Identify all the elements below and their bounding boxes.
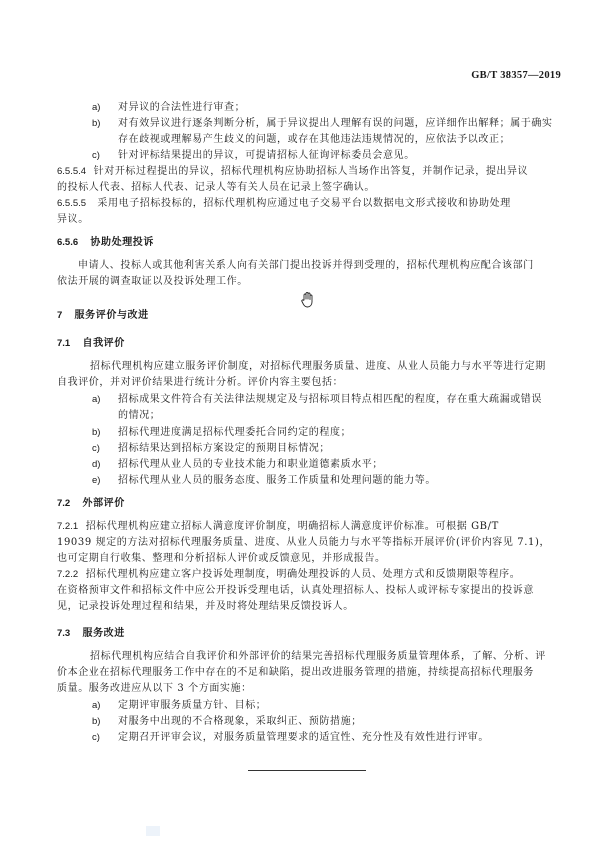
list-item-a: a)对异议的合法性进行审查； — [92, 101, 245, 115]
clause-6-5-5-4: 6.5.5.4 针对开标过程提出的异议，招标代理机构应协助招标人当场作出答复，并… — [57, 165, 528, 179]
paragraph-improvement-cont1: 价本企业在招标代理服务工作中存在的不足和缺陷，提出改进服务管理的措施，持续提高招… — [57, 666, 534, 680]
faint-watermark — [146, 826, 160, 836]
paragraph-improvement: 招标代理机构应结合自我评价和外部评价的结果完善招标代理服务质量管理体系，了解、分… — [90, 650, 546, 664]
heading-6-5-6: 6.5.6 协助处理投诉 — [57, 236, 154, 250]
clause-7-2-1-cont2: 也可定期自行收集、整理和分析招标人评价或反馈意见，并形成报告。 — [57, 552, 386, 566]
heading-7-2: 7.2 外部评价 — [57, 497, 125, 511]
list-item-c: c)招标结果达到招标方案设定的预期目标情况； — [92, 442, 330, 456]
list-item-e: e)招标代理从业人员的服务态度、服务工作质量和处理问题的能力等。 — [92, 474, 436, 488]
list-item-d: d)招标代理从业人员的专业技术能力和职业道德素质水平； — [92, 458, 383, 472]
list-item-b: b)对服务中出现的不合格现象，采取纠正、预防措施； — [92, 715, 362, 729]
clause-6-5-5-4-cont: 的投标人代表、招标人代表、记录人等有关人员在记录上签字确认。 — [57, 181, 375, 195]
end-rule — [248, 770, 366, 771]
paragraph-improvement-cont2: 质量。服务改进应从以下 3 个方面实施： — [57, 682, 252, 696]
document-page: GB/T 38357—2019 a)对异议的合法性进行审查； b)对有效异议进行… — [0, 0, 605, 861]
clause-7-2-1-cont1: 19039 规定的方法对招标代理服务质量、进度、从业人员能力与水平等指标开展评价… — [57, 536, 550, 550]
paragraph-self-eval: 招标代理机构应建立服务评价制度，对招标代理服务质量、进度、从业人员能力与水平等进… — [90, 360, 546, 374]
list-item-c: c)针对评标结果提出的异议，可提请招标人征询评标委员会意见。 — [92, 149, 415, 163]
paragraph-self-eval-cont: 自我评价，并对评价结果进行统计分析。评价内容主要包括： — [57, 376, 343, 390]
list-item-a: a)定期评审服务质量方针、目标； — [92, 699, 266, 713]
paragraph-complaint-cont: 依法开展的调查取证以及投诉处理工作。 — [57, 275, 248, 289]
list-item-b: b)对有效异议进行逐条判断分析，属于异议提出人理解有误的问题，应详细作出解释；属… — [92, 117, 553, 131]
clause-7-2-1: 7.2.1 招标代理机构应建立招标人满意度评价制度，明确招标人满意度评价标准。可… — [57, 520, 499, 534]
hand-cursor-icon — [300, 291, 316, 309]
standard-number-header: GB/T 38357—2019 — [471, 70, 561, 81]
list-item-a-cont: 的情况； — [118, 409, 160, 423]
heading-7: 7 服务评价与改进 — [57, 309, 149, 323]
list-item-a: a)招标成果文件符合有关法律法规规定及与招标项目特点相匹配的程度，存在重大疏漏或… — [92, 393, 542, 407]
list-item-c: c)定期召开评审会议，对服务质量管理要求的适宜性、充分性及有效性进行评审。 — [92, 731, 489, 745]
list-item-b: b)招标代理进度满足招标代理委托合同约定的程度； — [92, 426, 351, 440]
clause-6-5-5-5: 6.5.5.5 采用电子招标投标的，招标代理机构应通过电子交易平台以数据电文形式… — [57, 197, 511, 211]
heading-7-1: 7.1 自我评价 — [57, 337, 125, 351]
clause-7-2-2-cont2: 见，记录投诉处理过程和结果，并及时将处理结果反馈投诉人。 — [57, 600, 354, 614]
list-item-b-cont: 存在歧视或理解易产生歧义的问题，或存在其他违法违规情况的，应依法予以改正； — [118, 133, 510, 147]
clause-6-5-5-5-cont: 异议。 — [57, 213, 89, 227]
clause-7-2-2: 7.2.2 招标代理机构应建立客户投诉处理制度，明确处理投诉的人员、处理方式和反… — [57, 568, 520, 582]
clause-7-2-2-cont1: 在资格预审文件和招标文件中应公开投诉受理电话，认真处理招标人、投标人或评标专家提… — [57, 584, 534, 598]
heading-7-3: 7.3 服务改进 — [57, 627, 125, 641]
paragraph-complaint: 申请人、投标人或其他利害关系人向有关部门提出投诉并得到受理的，招标代理机构应配合… — [78, 259, 534, 273]
